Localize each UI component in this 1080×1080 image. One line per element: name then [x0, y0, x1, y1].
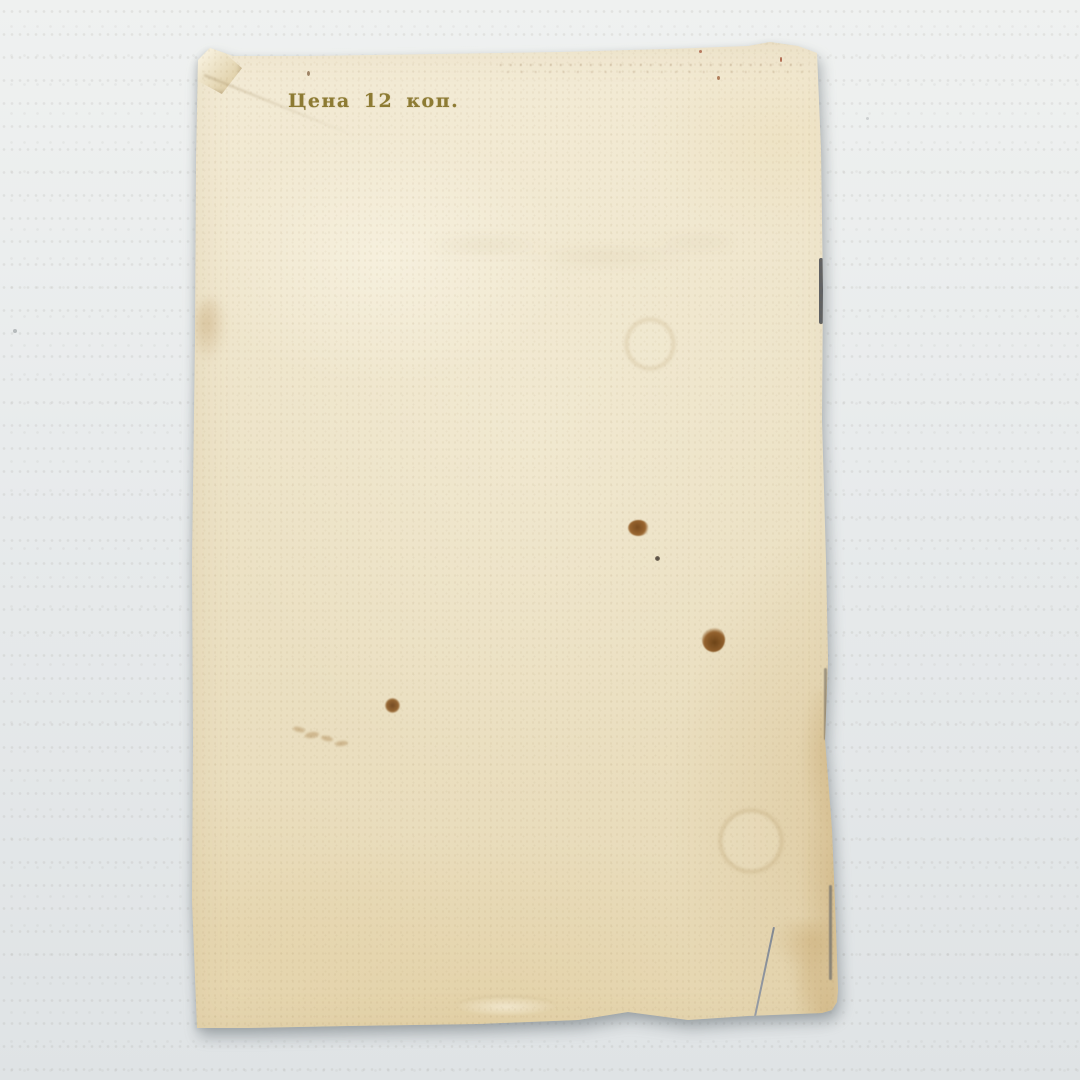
brown-stain: [385, 698, 400, 713]
fly-speck: [307, 71, 310, 76]
ink-dot: [655, 556, 660, 561]
page-block-edge: [829, 885, 832, 980]
water-ring-stain: [625, 318, 675, 370]
background-speck: [13, 329, 17, 333]
corner-water-stain: [748, 920, 838, 1020]
fly-speck: [780, 57, 782, 62]
smudge-squiggle: [291, 723, 353, 749]
price-label: Цена 12 коп.: [288, 90, 459, 112]
brown-stain: [702, 627, 725, 652]
page-block-edge: [824, 668, 827, 740]
print-showthrough-marks: [403, 222, 733, 280]
photo-backdrop: Цена 12 коп.: [0, 0, 1080, 1080]
fly-speck: [717, 76, 720, 80]
background-speck: [866, 117, 869, 120]
fly-speck: [699, 50, 702, 53]
page-block-edge: [819, 258, 823, 324]
bottom-edge-crease: [456, 996, 556, 1015]
book-back-cover: Цена 12 коп.: [188, 40, 844, 1035]
top-edge-specks: [500, 60, 808, 76]
left-edge-stain: [194, 298, 226, 362]
brown-stain: [628, 520, 649, 536]
book-shadow: Цена 12 коп.: [188, 40, 844, 1035]
